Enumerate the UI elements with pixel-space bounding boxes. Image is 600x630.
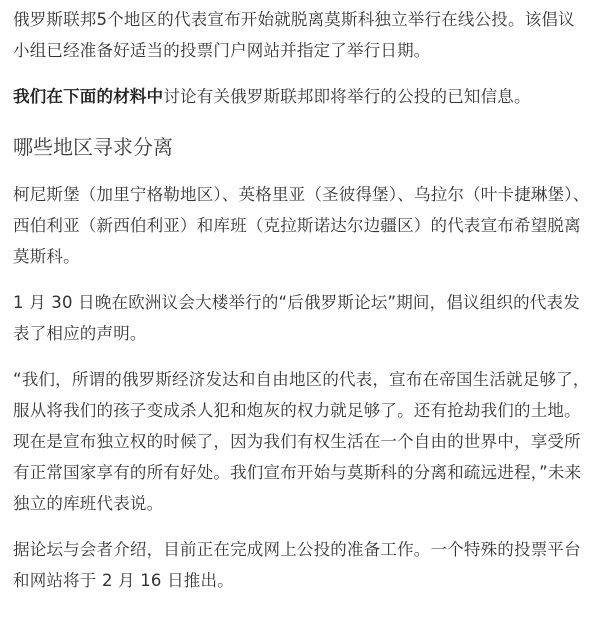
- section-heading: 哪些地区寻求分离: [13, 132, 590, 162]
- quote-paragraph: “我们，所谓的俄罗斯经济发达和自由地区的代表，宣布在帝国生活就足够了，服从将我们…: [13, 364, 590, 519]
- intro-paragraph: 俄罗斯联邦5个地区的代表宣布开始就脱离莫斯科独立举行在线公投。该倡议小组已经准备…: [13, 4, 590, 66]
- lead-paragraph: 我们在下面的材料中讨论有关俄罗斯联邦即将举行的公投的已知信息。: [13, 81, 590, 112]
- lead-bold-text: 我们在下面的材料中: [13, 87, 163, 106]
- preparation-paragraph: 据论坛与会者介绍，目前正在完成网上公投的准备工作。一个特殊的投票平台和网站将于 …: [13, 534, 590, 596]
- lead-text: 讨论有关俄罗斯联邦即将举行的公投的已知信息。: [163, 87, 530, 106]
- forum-paragraph: 1 月 30 日晚在欧洲议会大楼举行的“后俄罗斯论坛”期间，倡议组织的代表发表了…: [13, 287, 590, 349]
- regions-paragraph: 柯尼斯堡（加里宁格勒地区）、英格里亚（圣彼得堡）、乌拉尔（叶卡捷琳堡）、西伯利亚…: [13, 179, 590, 272]
- article-body: 俄罗斯联邦5个地区的代表宣布开始就脱离莫斯科独立举行在线公投。该倡议小组已经准备…: [0, 0, 600, 596]
